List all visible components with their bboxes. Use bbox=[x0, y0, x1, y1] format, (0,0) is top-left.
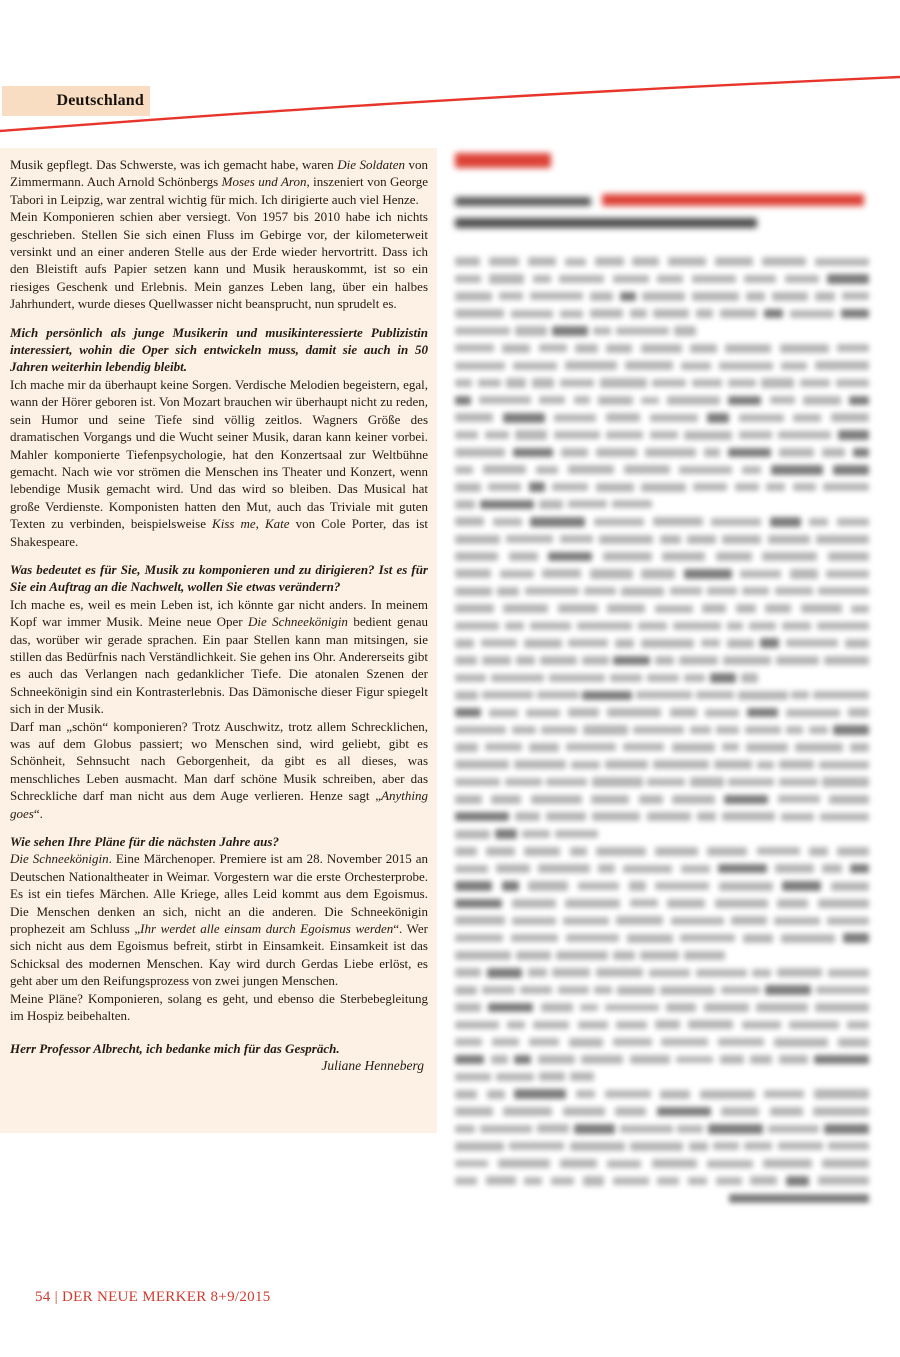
blurred-text-line bbox=[455, 478, 869, 495]
interview-question: Was bedeutet es für Sie, Musik zu kompon… bbox=[10, 561, 428, 596]
interview-closing: Herr Professor Albrecht, ich bedanke mic… bbox=[10, 1040, 428, 1057]
interview-text: Musik gepflegt. Das Schwerste, was ich g… bbox=[10, 156, 428, 1057]
blurred-text-line bbox=[455, 739, 869, 756]
blurred-text-line bbox=[455, 929, 869, 946]
blurred-text-line bbox=[455, 687, 869, 704]
blurred-body-text bbox=[455, 253, 869, 1207]
blurred-text-line bbox=[455, 392, 869, 409]
blurred-text-line bbox=[455, 270, 869, 287]
blurred-text-line bbox=[455, 947, 869, 964]
blurred-text-line bbox=[455, 444, 869, 461]
blurred-text-line bbox=[455, 981, 869, 998]
footer-text: 54 | DER NEUE MERKER 8+9/2015 bbox=[35, 1289, 271, 1305]
blurred-text-line bbox=[455, 496, 869, 513]
blurred-text-line bbox=[455, 808, 869, 825]
blurred-text-line bbox=[455, 409, 869, 426]
blurred-text-line bbox=[455, 583, 869, 600]
blurred-text-line bbox=[455, 1103, 869, 1120]
blurred-text-line bbox=[455, 791, 869, 808]
interview-paragraph: Ich mache es, weil es mein Leben ist, ic… bbox=[10, 596, 428, 718]
blurred-subheadline-bar bbox=[455, 218, 757, 228]
blurred-text-line bbox=[455, 1016, 869, 1033]
blurred-text-line bbox=[455, 669, 869, 686]
blurred-text-line bbox=[455, 652, 869, 669]
blurred-text-line bbox=[455, 999, 869, 1016]
blurred-article-column bbox=[455, 148, 869, 1207]
blurred-subheadline bbox=[455, 215, 869, 233]
blurred-text-line bbox=[455, 1086, 869, 1103]
blurred-text-line bbox=[455, 288, 869, 305]
interview-paragraph: Ich mache mir da überhaupt keine Sorgen.… bbox=[10, 376, 428, 550]
interview-question: Mich persönlich als junge Musikerin und … bbox=[10, 324, 428, 376]
blurred-text-line bbox=[455, 374, 869, 391]
section-tab: Deutschland bbox=[2, 86, 150, 116]
blurred-text-line bbox=[455, 1155, 869, 1172]
blurred-text-line bbox=[455, 843, 869, 860]
blurred-text-line bbox=[455, 617, 869, 634]
blurred-text-line bbox=[455, 322, 869, 339]
blurred-text-line bbox=[455, 461, 869, 478]
blurred-text-line bbox=[455, 1190, 869, 1207]
blurred-text-line bbox=[455, 426, 869, 443]
blurred-text-line bbox=[455, 340, 869, 357]
blurred-headline-lead bbox=[455, 197, 591, 206]
blurred-headline-title bbox=[602, 194, 864, 206]
blurred-text-line bbox=[455, 1138, 869, 1155]
blurred-kicker-word bbox=[455, 153, 551, 168]
interview-paragraph: Meine Pläne? Komponieren, solang es geht… bbox=[10, 990, 428, 1025]
blurred-text-line bbox=[455, 912, 869, 929]
interview-paragraph: Musik gepflegt. Das Schwerste, was ich g… bbox=[10, 156, 428, 208]
blurred-headline bbox=[455, 194, 869, 206]
blurred-text-line bbox=[455, 1120, 869, 1137]
interview-column: Musik gepflegt. Das Schwerste, was ich g… bbox=[0, 148, 437, 1133]
blurred-text-line bbox=[455, 877, 869, 894]
blurred-text-line bbox=[455, 1033, 869, 1050]
blurred-text-line bbox=[455, 635, 869, 652]
page-footer: 54 | DER NEUE MERKER 8+9/2015 bbox=[35, 1289, 271, 1306]
blurred-text-line bbox=[455, 895, 869, 912]
blurred-text-line bbox=[455, 600, 869, 617]
blurred-text-line bbox=[455, 1172, 869, 1189]
blurred-text-line bbox=[455, 305, 869, 322]
blurred-text-line bbox=[455, 825, 869, 842]
interview-paragraph: Darf man „schön“ komponieren? Trotz Ausc… bbox=[10, 718, 428, 822]
blurred-text-line bbox=[455, 1068, 869, 1085]
blurred-text-line bbox=[455, 704, 869, 721]
byline: Juliane Henneberg bbox=[10, 1057, 428, 1075]
interview-paragraph: Die Schneekönigin. Eine Märchenoper. Pre… bbox=[10, 850, 428, 989]
blurred-kicker bbox=[455, 148, 869, 173]
blurred-text-line bbox=[455, 565, 869, 582]
blurred-text-line bbox=[455, 1051, 869, 1068]
blurred-text-line bbox=[455, 860, 869, 877]
red-diagonal-rule bbox=[0, 0, 900, 150]
blurred-text-line bbox=[455, 721, 869, 738]
interview-question: Wie sehen Ihre Pläne für die nächsten Ja… bbox=[10, 833, 428, 850]
blurred-text-line bbox=[455, 253, 869, 270]
blurred-text-line bbox=[455, 756, 869, 773]
blurred-text-line bbox=[455, 357, 869, 374]
magazine-page-scan: Deutschland Musik gepflegt. Das Schwerst… bbox=[0, 0, 900, 1357]
section-label: Deutschland bbox=[56, 92, 144, 110]
interview-paragraph: Mein Komponieren schien aber versiegt. V… bbox=[10, 208, 428, 312]
blurred-text-line bbox=[455, 548, 869, 565]
blurred-text-line bbox=[455, 531, 869, 548]
blurred-text-line bbox=[455, 773, 869, 790]
blurred-text-line bbox=[455, 513, 869, 530]
blurred-text-line bbox=[455, 964, 869, 981]
